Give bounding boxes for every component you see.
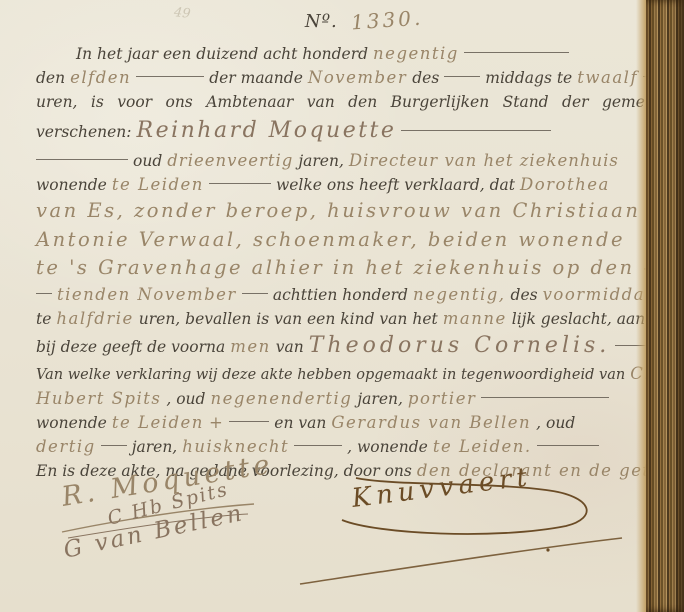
document-page: 49 Nº. 1330. In het jaar een duizend ach… bbox=[0, 0, 684, 612]
printed-text: des bbox=[511, 286, 538, 304]
handwritten-text: men bbox=[230, 337, 271, 356]
document-line: bij deze geeft de voornamenvanTheodorus … bbox=[36, 331, 640, 362]
document-line: uren, is voor ons Ambtenaar van den Burg… bbox=[36, 90, 640, 114]
handwritten-text: twaalf bbox=[577, 68, 638, 87]
printed-text: des bbox=[412, 69, 439, 87]
handwritten-text: Directeur van het ziekenhuis bbox=[349, 151, 619, 170]
book-binding-edge bbox=[646, 0, 684, 612]
printed-text: verschenen: bbox=[36, 123, 132, 141]
ruled-dash bbox=[481, 397, 609, 402]
printed-text: bij deze geeft de voorna bbox=[36, 338, 225, 356]
document-line: Antonie Verwaal, schoenmaker, beiden won… bbox=[36, 226, 640, 255]
certificate-header: Nº. 1330. bbox=[36, 8, 640, 32]
ruled-dash bbox=[136, 76, 204, 81]
ruled-dash bbox=[537, 445, 599, 450]
ruled-dash bbox=[229, 421, 269, 426]
number-label: Nº. bbox=[305, 11, 338, 32]
handwritten-text: te Leiden bbox=[112, 413, 204, 432]
handwritten-text: tienden November bbox=[57, 285, 237, 304]
handwritten-text: halfdrie bbox=[56, 309, 133, 328]
ruled-dash bbox=[401, 130, 551, 135]
handwritten-text: Dorothea bbox=[520, 175, 610, 194]
handwritten-text: negenendertig bbox=[210, 389, 352, 408]
printed-text: middags te bbox=[485, 69, 572, 87]
handwritten-text: te 's Gravenhage alhier in het ziekenhui… bbox=[36, 256, 665, 279]
handwritten-text: + bbox=[209, 413, 224, 432]
handwritten-text: negentig, bbox=[413, 285, 506, 304]
document-line: te 's Gravenhage alhier in het ziekenhui… bbox=[36, 254, 640, 283]
printed-text: achttien honderd bbox=[273, 286, 408, 304]
document-line: tienden Novemberachttien honderdnegentig… bbox=[36, 283, 640, 307]
page-edge-shadow bbox=[636, 0, 646, 612]
handwritten-text: huisknecht bbox=[182, 437, 289, 456]
printed-text: , oud bbox=[166, 390, 205, 408]
handwritten-text: van Es, zonder beroep, huisvrouw van Chr… bbox=[36, 199, 640, 222]
certificate-number: 1330. bbox=[350, 6, 424, 35]
printed-text: jaren, bbox=[132, 438, 178, 456]
document-line: tehalfdrieuren, bevallen is van een kind… bbox=[36, 307, 640, 331]
birth-certificate: 49 Nº. 1330. In het jaar een duizend ach… bbox=[36, 8, 640, 483]
handwritten-text: Reinhard Moquette bbox=[137, 118, 397, 143]
ruled-dash bbox=[209, 183, 271, 188]
printed-text: van bbox=[276, 338, 304, 356]
printed-text: Van welke verklaring wij deze akte hebbe… bbox=[36, 367, 625, 383]
document-line: In het jaar een duizend acht honderdnege… bbox=[36, 42, 640, 66]
document-lines: In het jaar een duizend acht honderdnege… bbox=[36, 42, 640, 483]
ruled-dash bbox=[444, 76, 480, 81]
document-line: wonendete Leidenwelke ons heeft verklaar… bbox=[36, 173, 640, 197]
printed-text: welke ons heeft verklaard, dat bbox=[276, 176, 515, 194]
printed-text: wonende bbox=[36, 414, 107, 432]
printed-text: jaren, bbox=[357, 390, 403, 408]
handwritten-text: manne bbox=[443, 309, 507, 328]
printed-text: uren, bevallen is van een kind van het bbox=[139, 310, 438, 328]
document-line: Hubert Spits, oudnegenendertigjaren,port… bbox=[36, 387, 640, 411]
handwritten-text: Hubert Spits bbox=[36, 389, 161, 408]
printed-text: te bbox=[36, 310, 51, 328]
handwritten-text: te Leiden. bbox=[433, 437, 532, 456]
ruled-dash bbox=[242, 293, 268, 298]
handwritten-text: negentig bbox=[373, 44, 459, 63]
printed-text: wonende bbox=[36, 176, 107, 194]
printed-text: In het jaar een duizend acht honderd bbox=[76, 45, 368, 63]
handwritten-text: drieenveertig bbox=[167, 151, 293, 170]
ruled-dash bbox=[464, 52, 569, 57]
printed-text: der maande bbox=[209, 69, 303, 87]
handwritten-text: Gerardus van Bellen bbox=[331, 413, 531, 432]
handwritten-text: dertig bbox=[36, 437, 96, 456]
pen-sweep-stroke bbox=[296, 532, 626, 592]
faint-pencil-mark: 49 bbox=[173, 5, 191, 22]
printed-text: jaren, bbox=[298, 152, 344, 170]
document-line: ouddrieenveertigjaren,Directeur van het … bbox=[36, 149, 640, 173]
document-line: dertigjaren,huisknecht, wonendete Leiden… bbox=[36, 435, 640, 459]
document-line: verschenen:Reinhard Moquette bbox=[36, 114, 640, 149]
handwritten-text: November bbox=[308, 68, 407, 87]
printed-text: oud bbox=[133, 152, 162, 170]
ruled-dash bbox=[36, 159, 128, 164]
handwritten-text: te Leiden bbox=[112, 175, 204, 194]
document-line: wonendete Leiden+en vanGerardus van Bell… bbox=[36, 411, 640, 435]
document-line: van Es, zonder beroep, huisvrouw van Chr… bbox=[36, 197, 640, 226]
ruled-dash bbox=[294, 445, 342, 450]
handwritten-text: Antonie Verwaal, schoenmaker, beiden won… bbox=[36, 228, 625, 251]
handwritten-text: portier bbox=[408, 389, 476, 408]
handwritten-text: elfden bbox=[70, 68, 131, 87]
printed-text: en van bbox=[274, 414, 326, 432]
document-line: denelfdender maandeNovemberdesmiddags te… bbox=[36, 66, 640, 90]
printed-text: den bbox=[36, 69, 65, 87]
handwritten-text: Theodorus Cornelis. bbox=[309, 333, 611, 358]
ruled-dash bbox=[101, 445, 127, 450]
document-line: Van welke verklaring wij deze akte hebbe… bbox=[36, 362, 640, 387]
printed-text: , oud bbox=[536, 414, 575, 432]
ruled-dash bbox=[36, 293, 52, 298]
printed-text: , wonende bbox=[347, 438, 428, 456]
printed-text: uren, is voor ons Ambtenaar van den Burg… bbox=[36, 93, 684, 111]
